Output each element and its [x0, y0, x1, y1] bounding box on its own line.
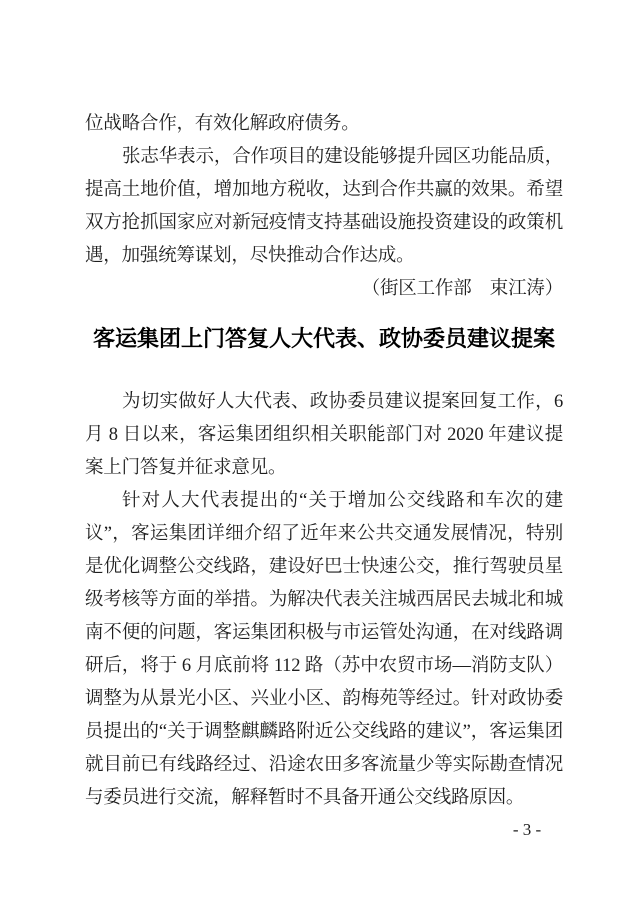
- byline: （街区工作部 束江涛）: [85, 273, 563, 306]
- paragraph-continuation: 位战略合作，有效化解政府债务。: [85, 108, 563, 141]
- document-page: 位战略合作，有效化解政府债务。 张志华表示，合作项目的建设能够提升园区功能品质，…: [0, 0, 636, 900]
- page-content: 位战略合作，有效化解政府债务。 张志华表示，合作项目的建设能够提升园区功能品质，…: [85, 108, 563, 815]
- page-number: - 3 -: [492, 821, 562, 839]
- article-title: 客运集团上门答复人大代表、政协委员建议提案: [85, 318, 563, 360]
- paragraph-article-1: 为切实做好人大代表、政协委员建议提案回复工作，6 月 8 日以来，客运集团组织相…: [85, 386, 563, 485]
- paragraph-prev-article: 张志华表示，合作项目的建设能够提升园区功能品质，提高土地价值，增加地方税收，达到…: [85, 141, 563, 273]
- paragraph-article-2: 针对人大代表提出的“关于增加公交线路和车次的建议”，客运集团详细介绍了近年来公共…: [85, 485, 563, 815]
